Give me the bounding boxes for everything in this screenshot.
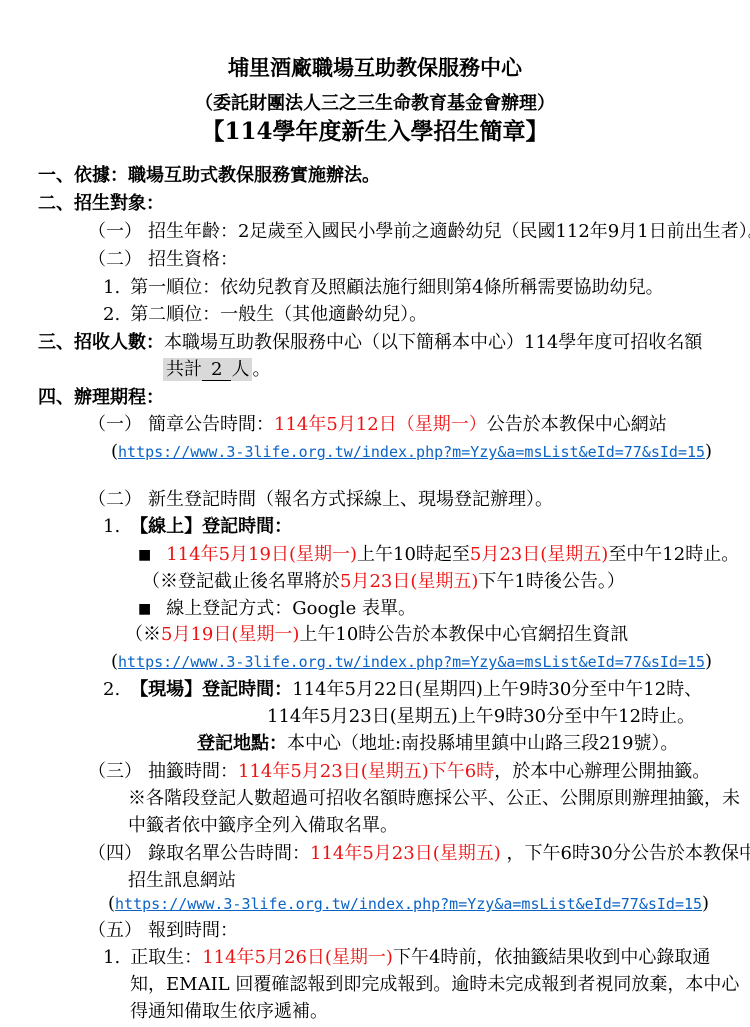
item-4-3-lottery: （三）抽籤時間：114年5月23日(星期五)下午6時，於本中心辦理公開抽籤。	[88, 760, 710, 784]
item-post: 公告於本教保中心網站	[487, 414, 667, 435]
section-2-target: 二、招生對象：	[38, 192, 164, 216]
quota-pre: 共計	[166, 359, 202, 380]
date-red: 5月23日(星期五)	[340, 571, 478, 592]
paren-open: (	[111, 651, 118, 672]
bullet-end: 至中午12時止。	[608, 544, 739, 565]
item-4-5-1-admitted: 1.正取生：114年5月26日(星期一)下午4時前，依抽籤結果收到中心錄取通	[103, 946, 710, 970]
center-title: 埔里酒廠職場互助教保服務中心	[0, 56, 750, 80]
item-2-2-1-priority1: 1.第一順位：依幼兒教育及照顧法施行細則第4條所稱需要協助幼兒。	[103, 276, 664, 300]
date-red: 114年5月23日(星期五)下午6時	[238, 761, 494, 782]
bullet-online-method: ■線上登記方式：Google 表單。	[138, 597, 416, 621]
item-number: 1.	[103, 277, 120, 298]
date-red: 114年5月19日(星期一)	[166, 544, 357, 565]
item-2-2-2-priority2: 2.第二順位：一般生（其他適齡幼兒）。	[103, 303, 427, 327]
item-number: （五）	[88, 920, 142, 941]
place-label: 登記地點：	[197, 733, 287, 754]
note-online-announce: （※5月19日(星期一)上午10時公告於本教保中心官網招生資訊	[125, 623, 628, 647]
center-subtitle: （委託財團法人三之三生命教育基金會辦理）	[0, 92, 750, 116]
section-label: 招收人數：	[74, 332, 164, 353]
item-number: （一）	[88, 221, 142, 242]
item-4-5-checkin: （五）報到時間：	[88, 919, 238, 943]
quota-highlight: 共計2人	[163, 358, 252, 381]
quota-line: 共計2人。	[163, 358, 270, 382]
admitted-line-3: 得通知備取生依序遞補。	[130, 1000, 328, 1024]
item-text: 新生登記時間（報名方式採線上、現場登記辦理）。	[148, 489, 553, 510]
url-line-2: (https://www.3-3life.org.tw/index.php?m=…	[111, 650, 712, 674]
section-3-quota: 三、招收人數：本職場互助教保服務中心（以下簡稱本中心）114學年度可招收名額	[38, 331, 702, 355]
item-number: 2.	[103, 679, 120, 700]
date-red: 5月23日(星期五)	[470, 544, 608, 565]
item-pre: 抽籤時間：	[148, 761, 238, 782]
bullet-text: 線上登記方式：Google 表單。	[166, 598, 416, 619]
item-number: 2.	[103, 304, 120, 325]
admitted-line-2-text: 知，EMAIL 回覆確認報到即完成報到。逾時未完成報到者視同放棄，本中心	[130, 974, 739, 995]
note-pre: （※	[125, 624, 161, 645]
item-number: 四、	[38, 387, 74, 408]
item-number: （二）	[88, 249, 142, 270]
section-1-basis: 一、依據：職場互助式教保服務實施辦法。	[38, 164, 380, 188]
quota-post: 人	[231, 359, 249, 380]
note-post: 下午1時後公告。）	[478, 571, 624, 592]
square-bullet-icon: ■	[138, 547, 151, 563]
item-post: 下午4時前，依抽籤結果收到中心錄取通	[393, 947, 710, 968]
lottery-note-2: 中籤者依中籤序全列入備取名單。	[128, 814, 398, 838]
onsite-label: 【現場】登記時間：	[130, 679, 292, 700]
bullet-online-time: ■114年5月19日(星期一)上午10時起至5月23日(星期五)至中午12時止。	[138, 543, 739, 567]
url-line-1: (https://www.3-3life.org.tw/index.php?m=…	[111, 440, 712, 464]
url-line-3: (https://www.3-3life.org.tw/index.php?m=…	[108, 892, 709, 916]
result-line-2: 招生訊息網站	[128, 869, 236, 893]
admitted-line-2: 知，EMAIL 回覆確認報到即完成報到。逾時未完成報到者視同放棄，本中心	[130, 973, 739, 997]
lottery-note-2-text: 中籤者依中籤序全列入備取名單。	[128, 815, 398, 836]
onsite-time-1: 114年5月22日(星期四)上午9時30分至中午12時、	[292, 679, 702, 700]
section-text: 本職場互助教保服務中心（以下簡稱本中心）114學年度可招收名額	[164, 332, 702, 353]
item-4-2-registration: （二）新生登記時間（報名方式採線上、現場登記辦理）。	[88, 488, 553, 512]
item-pre: 簡章公告時間：	[148, 414, 274, 435]
date-red: 114年5月23日(星期五)	[310, 843, 501, 864]
item-pre: 錄取名單公告時間：	[148, 843, 310, 864]
section-label: 招生對象：	[74, 193, 164, 214]
item-number: （二）	[88, 489, 142, 510]
paren-open: (	[108, 893, 115, 914]
item-2-2-qualification: （二）招生資格：	[88, 248, 238, 272]
quota-count: 2	[202, 359, 231, 381]
item-4-4-result: （四）錄取名單公告時間：114年5月23日(星期五) ，下午6時30分公告於本教…	[88, 842, 750, 866]
paren-close: )	[705, 441, 712, 462]
item-number: 1.	[103, 947, 120, 968]
section-label: 依據：職場互助式教保服務實施辦法。	[74, 165, 380, 186]
item-4-2-1-online: 1.【線上】登記時間：	[103, 515, 292, 539]
onsite-place: 登記地點：本中心（地址:南投縣埔里鎮中山路三段219號）。	[197, 732, 678, 756]
place-text: 本中心（地址:南投縣埔里鎮中山路三段219號）。	[287, 733, 678, 754]
onsite-time-2: 114年5月23日(星期五)上午9時30分至中午12時止。	[267, 705, 695, 729]
brochure-title: 【114學年度新生入學招生簡章】	[0, 120, 750, 144]
date-red: 5月19日(星期一)	[161, 624, 299, 645]
result-line-2-text: 招生訊息網站	[128, 870, 236, 891]
item-number: 1.	[103, 516, 120, 537]
date-red: 114年5月26日(星期一)	[202, 947, 393, 968]
item-text: 第二順位：一般生（其他適齡幼兒）。	[130, 304, 427, 325]
item-4-2-2-onsite: 2.【現場】登記時間：114年5月22日(星期四)上午9時30分至中午12時、	[103, 678, 702, 702]
item-2-1-age: （一）招生年齡：2足歲至入國民小學前之適齡幼兒（民國112年9月1日前出生者）。	[88, 220, 750, 244]
item-number: （四）	[88, 843, 142, 864]
section-label: 辦理期程：	[74, 387, 164, 408]
item-text: 招生年齡：2足歲至入國民小學前之適齡幼兒（民國112年9月1日前出生者）。	[148, 221, 750, 242]
item-pre: 正取生：	[130, 947, 202, 968]
online-label: 【線上】登記時間：	[130, 516, 292, 537]
enrollment-url-link[interactable]: https://www.3-3life.org.tw/index.php?m=Y…	[118, 443, 705, 461]
item-number: 一、	[38, 165, 74, 186]
item-text: 第一順位：依幼兒教育及照顧法施行細則第4條所稱需要協助幼兒。	[130, 277, 663, 298]
brochure-page: 埔里酒廠職場互助教保服務中心 （委託財團法人三之三生命教育基金會辦理） 【114…	[0, 0, 750, 1027]
square-bullet-icon: ■	[138, 601, 151, 617]
item-number: （三）	[88, 761, 142, 782]
item-4-1-announcement: （一）簡章公告時間：114年5月12日（星期一）公告於本教保中心網站	[88, 413, 667, 437]
lottery-note-1: ※各階段登記人數超過可招收名額時應採公平、公正、公開原則辦理抽籤，未	[128, 787, 740, 811]
paren-close: )	[702, 893, 709, 914]
quota-period: 。	[252, 359, 270, 380]
enrollment-url-link[interactable]: https://www.3-3life.org.tw/index.php?m=Y…	[118, 653, 705, 671]
enrollment-url-link[interactable]: https://www.3-3life.org.tw/index.php?m=Y…	[115, 895, 702, 913]
item-number: 三、	[38, 332, 74, 353]
date-red: 114年5月12日（星期一）	[274, 414, 487, 435]
paren-close: )	[705, 651, 712, 672]
section-4-schedule: 四、辦理期程：	[38, 386, 164, 410]
item-text: 招生資格：	[148, 249, 238, 270]
onsite-time-2-text: 114年5月23日(星期五)上午9時30分至中午12時止。	[267, 706, 695, 727]
note-post: 上午10時公告於本教保中心官網招生資訊	[299, 624, 628, 645]
bullet-mid: 上午10時起至	[357, 544, 470, 565]
note-deadline: （※登記截止後名單將於5月23日(星期五)下午1時後公告。）	[142, 570, 625, 594]
item-post: ，於本中心辦理公開抽籤。	[494, 761, 710, 782]
item-text: 報到時間：	[148, 920, 238, 941]
paren-open: (	[111, 441, 118, 462]
lottery-note-1-text: ※各階段登記人數超過可招收名額時應採公平、公正、公開原則辦理抽籤，未	[128, 788, 740, 809]
admitted-line-3-text: 得通知備取生依序遞補。	[130, 1001, 328, 1022]
item-post: ，下午6時30分公告於本教保中心	[501, 843, 750, 864]
note-pre: （※登記截止後名單將於	[142, 571, 340, 592]
item-number: 二、	[38, 193, 74, 214]
item-number: （一）	[88, 414, 142, 435]
